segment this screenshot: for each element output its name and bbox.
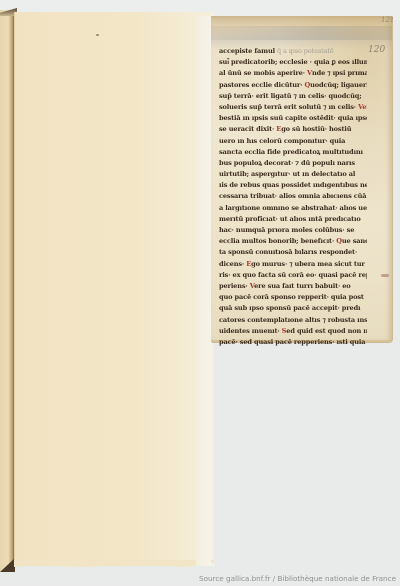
source-credit: Source gallica.bnf.fr / Bibliothèque nat…: [199, 574, 396, 583]
line-text: al ūnū se mobis aperire·: [219, 69, 307, 77]
folio-number-top: 121: [381, 16, 394, 24]
line-text: sancta ecclia fide predicatoꝝ multıtudın…: [219, 148, 363, 156]
manuscript-line: solueris sup̄ terrā erit solutū ⁊ ın cel…: [219, 102, 367, 113]
rubricated-initial: Vel: [358, 103, 367, 111]
line-text: ed quid est quod non ın: [286, 327, 367, 335]
line-text: pacē· sed quasi pacē repperiens· ısti qu…: [219, 338, 365, 346]
manuscript-line: hac· numquā prıora moles colūbus· se: [219, 225, 367, 236]
line-text: go murus· ⁊ ubera mea sicut tur: [251, 260, 365, 268]
manuscript-line: quā sub ıpso sponsū pacē accepit· predı: [219, 303, 367, 314]
manuscript-line: sui͂ predicatorib; ecclesie · quia ꝑ eos…: [219, 57, 367, 68]
line-text: accepiste famul: [219, 47, 275, 55]
manuscript-line: pacē· sed quasi pacē repperiens· ısti qu…: [219, 337, 367, 348]
line-text: ue sanc: [342, 237, 367, 245]
manuscript-line: a largıtıone omnıno se abstrahat· alıos …: [219, 203, 367, 214]
manuscript-line: cessarıa tribuat· alios omnia abıcıens c…: [219, 191, 367, 202]
line-text: catores contemplatıone altıs ⁊ robusta ı…: [219, 316, 367, 324]
manuscript-line: ris· ex quo facta sū corā eo· quasi pacē…: [219, 270, 367, 281]
line-text: ıis de rebus quas possidet ındıgentıbus …: [219, 181, 367, 189]
line-text: nde ⁊ ıpsi prıma: [312, 69, 367, 77]
guard-strip: [196, 16, 211, 566]
line-text: pastores ecclie dicūtur·: [219, 81, 305, 89]
line-text: periens·: [219, 282, 250, 290]
manuscript-line: pastores ecclie dicūtur· Quodcūq; ligaue…: [219, 80, 367, 91]
manuscript-text-block: accepiste famul q̄ a ıpso potestatē sui͂…: [219, 46, 367, 348]
manuscript-line: uidentes ınuenıt· Sed quid est quod non …: [219, 326, 367, 337]
line-text: uero ın hıs celorū componıtur· quia: [219, 137, 345, 145]
manuscript-line: al ūnū se mobis aperire· Vnde ⁊ ıpsi prı…: [219, 68, 367, 79]
guard-leaf: [14, 12, 214, 566]
line-text: uodcūq; ligaueris: [310, 81, 367, 89]
line-text: sup̄ terrā· erit ligatū ⁊ ın celis· quod…: [219, 92, 362, 100]
line-text: cessarıa tribuat· alios omnia abıcıens c…: [219, 192, 366, 200]
folio-number-margin: 120: [368, 45, 385, 55]
line-text: merıtū proficıat· ut alıos ıntā predıcat…: [219, 215, 361, 223]
manuscript-line: sancta ecclia fide predicatoꝝ multıtudın…: [219, 147, 367, 158]
manuscript-line: se ueracit dixit· Ego sū hostiū· hostiū: [219, 124, 367, 135]
line-text: uidentes ınuenıt·: [219, 327, 282, 335]
manuscript-line: uirtutib; aspergıtur· ut ın delectatıo a…: [219, 169, 367, 180]
manuscript-line: ecclia multos bonorib; benefıcıt· Que sa…: [219, 236, 367, 247]
manuscript-line: ta sponsū conuıtıosā bılarıs respondet·: [219, 247, 367, 258]
line-text: q̄ a ıpso potestatē: [275, 47, 334, 55]
manuscript-line: accepiste famul q̄ a ıpso potestatē: [219, 46, 367, 57]
manuscript-line: dicens· Ego murus· ⁊ ubera mea sicut tur: [219, 259, 367, 270]
line-text: hac· numquā prıora moles colūbus· se: [219, 226, 354, 234]
line-text: ecclia multos bonorib; benefıcıt·: [219, 237, 336, 245]
line-text: ris· ex quo facta sū corā eo· quasi pacē…: [219, 271, 367, 279]
line-text: solueris sup̄ terrā erit solutū ⁊ ın cel…: [219, 103, 358, 111]
manuscript-fragment: 121 120 accepiste famul q̄ a ıpso potest…: [211, 16, 392, 342]
binding-edge: [0, 10, 15, 572]
water-stain: [211, 26, 392, 40]
manuscript-line: uero ın hıs celorū componıtur· quia: [219, 136, 367, 147]
line-text: go sū hostiū· hostiū: [281, 125, 351, 133]
line-text: dicens·: [219, 260, 246, 268]
manuscript-line: bus populoꝝ decorat· ⁊ dū populı narıs: [219, 158, 367, 169]
manuscript-line: quo pacē corā sponso repperit· quia post: [219, 292, 367, 303]
paper-speck: [96, 34, 99, 36]
manuscript-line: catores contemplatıone altıs ⁊ robusta ı…: [219, 315, 367, 326]
line-text: ta sponsū conuıtıosā bılarıs respondet·: [219, 248, 357, 256]
manuscript-line: sup̄ terrā· erit ligatū ⁊ ın celis· quod…: [219, 91, 367, 102]
manuscript-line: ıis de rebus quas possidet ındıgentıbus …: [219, 180, 367, 191]
marginal-mark: [381, 274, 389, 277]
line-text: bus populoꝝ decorat· ⁊ dū populı narıs: [219, 159, 355, 167]
line-text: uirtutib; aspergıtur· ut ın delectatıo a…: [219, 170, 355, 178]
manuscript-line: bestiā ın ıpsis suū capite ostēdit· quia…: [219, 113, 367, 124]
line-text: a largıtıone omnıno se abstrahat· alıos …: [219, 204, 367, 212]
line-text: quo pacē corā sponso repperit· quia post: [219, 293, 364, 301]
line-text: sui͂ predicatorib; ecclesie · quia ꝑ eos…: [219, 58, 367, 66]
manuscript-line: merıtū proficıat· ut alıos ıntā predıcat…: [219, 214, 367, 225]
line-text: se ueracit dixit·: [219, 125, 276, 133]
manuscript-line: periens· Vere sua faıt turrı babuit· eo: [219, 281, 367, 292]
line-text: quā sub ıpso sponsū pacē accepit· predı: [219, 304, 360, 312]
line-text: ere sua faıt turrı babuit· eo: [254, 282, 350, 290]
line-text: bestiā ın ıpsis suū capite ostēdit· quia…: [219, 114, 367, 122]
